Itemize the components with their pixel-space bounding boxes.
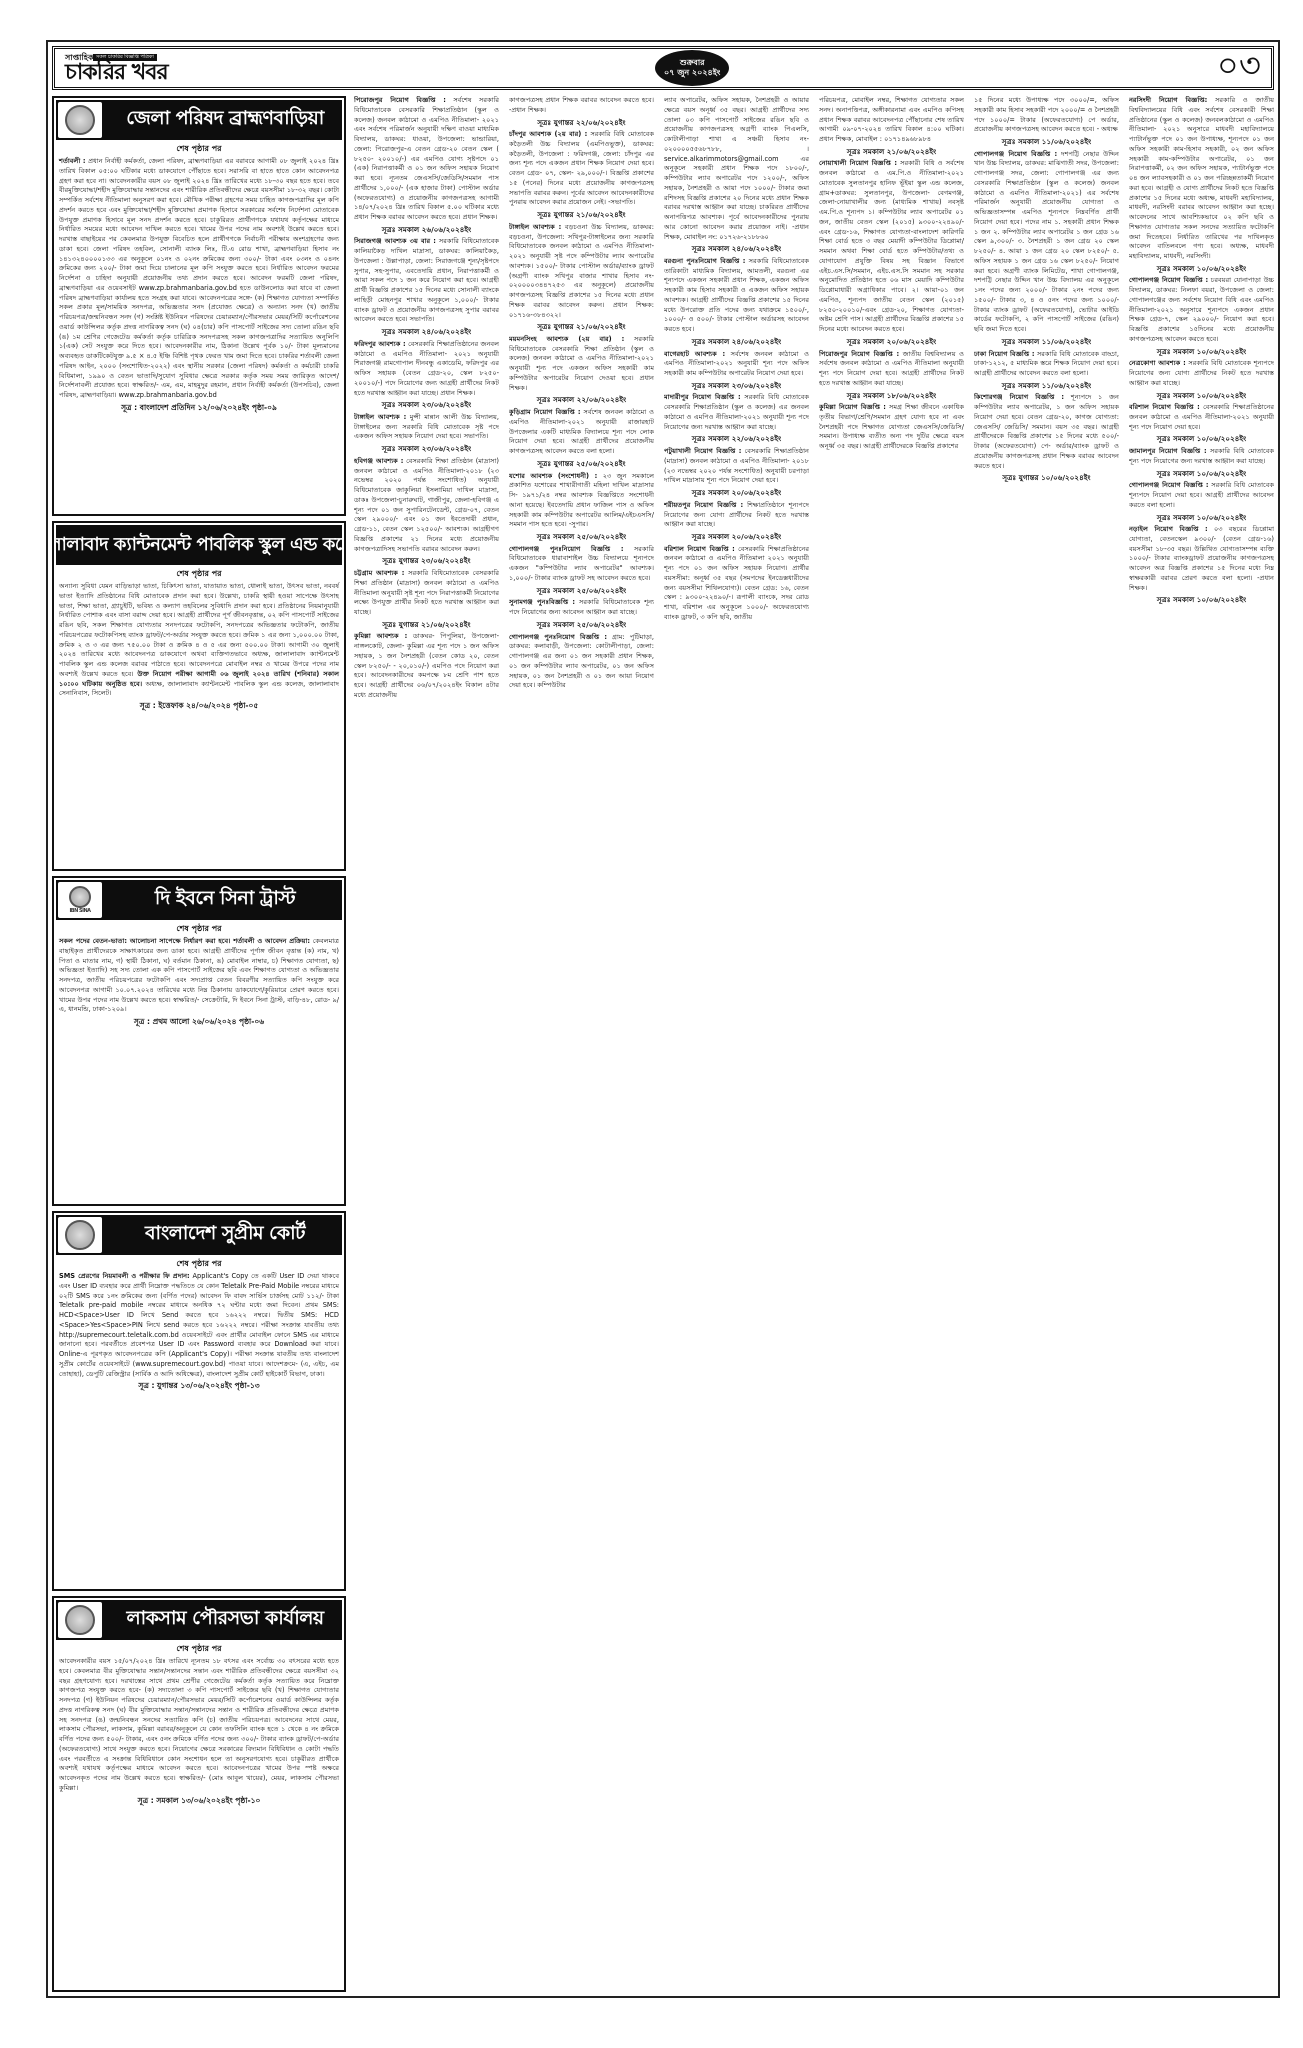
ad-title: লাকসাম পৌরসভা কার্যালয় <box>108 1604 342 1636</box>
job-notice: নোয়াখালী নিয়োগ বিজ্ঞপ্তি : সরকারী বিধি… <box>819 159 964 347</box>
notice-heading: পিরোজপুর নিয়োগ বিজ্ঞপ্তি : <box>354 96 446 104</box>
ad-zila-parishad: জেলা পরিষদ ব্রাহ্মণবাড়িয়া শেষ পৃষ্ঠার … <box>52 96 346 516</box>
job-notice: কিশোরগঞ্জ নিয়োগ বিজ্ঞপ্তি : শূন্যপদে ১ … <box>974 393 1119 484</box>
job-notice: জামালপুর নিয়োগ বিজ্ঞপ্তি : সরকারি বিধি … <box>1129 447 1274 479</box>
ad-title: জেলা পরিষদ ব্রাহ্মণবাড়িয়া <box>108 104 342 136</box>
notice-body: কাগজপত্রসহ প্রধান শিক্ষক বরাবর আবেদন করত… <box>509 96 654 114</box>
job-notice: গোপালগঞ্জ নিয়োগ বিজ্ঞপ্তি : সরকারি বিধি… <box>1129 481 1274 523</box>
notice-heading: পিরোজপুর নিয়োগ বিজ্ঞপ্তি : <box>819 350 899 358</box>
notice-heading: নোয়াখালী নিয়োগ বিজ্ঞপ্তি : <box>819 159 897 167</box>
emblem-icon <box>58 102 102 138</box>
job-notice: ঢাকা নিয়োগ বিজ্ঞপ্তি : সরকারি বিধি মোতা… <box>974 350 1119 392</box>
notice-heading: কুমিল্লা নিয়োগ বিজ্ঞপ্তি : <box>819 403 886 411</box>
notice-source: সূত্রঃ সমকাল ২৫/০৬/২০২৪ইং <box>509 586 654 597</box>
page-number: ০৩ <box>1217 40 1261 97</box>
date-label: ০৭ জুন ২০২৪ইং <box>664 68 720 78</box>
ad-laksam-pourashava: লাকসাম পৌরসভা কার্যালয় শেষ পৃষ্ঠার পর আ… <box>52 1596 346 1992</box>
brand-logo: সাপ্তাহিক সকল চাকরির বিজ্ঞপ্তি পত্রিকা চ… <box>65 54 168 83</box>
ad-source: সূত্র : বাংলাদেশ প্রতিদিন ১২/০৬/২০২৪ইং প… <box>56 403 342 415</box>
job-notice: টাঙ্গাইল আবশ্যক : বড়চওনা উচ্চ বিদ্যালয়… <box>509 223 654 333</box>
ad-subtitle: শেষ পৃষ্ঠার পর <box>56 1643 342 1656</box>
notice-source: সূত্রঃ যুগান্তর ১০/০৬/২০২৪ইং <box>974 473 1119 484</box>
notice-heading: গোপালগঞ্জ পুনঃনিয়োগ বিজ্ঞপ্তি : <box>509 545 623 553</box>
notice-source: সূত্রঃ সমকাল ২৩/০৬/২০২৪ইং <box>664 381 809 392</box>
notice-body: ১৫ দিনের মধ্যে উপাধ্যক্ষ পদে ৩০০০/=, অফি… <box>974 96 1119 133</box>
notice-heading: হবিগঞ্জ আবশ্যক : <box>354 457 403 465</box>
job-notice: চট্টগ্রাম আবশ্যক : সরকারি বিধিমোতাবেক বে… <box>354 569 499 630</box>
notice-source: সূত্রঃ যুগান্তর ২৫/০৬/২০২৪ইং <box>509 459 654 470</box>
ad-title: দি ইবনে সিনা ট্রাস্ট <box>108 884 342 916</box>
notice-source: সূত্রঃ যুগান্তর ২৩/০৬/২০২৪ইং <box>354 556 499 567</box>
job-notice: ল্যাব অপারেটর, অফিস সহায়ক, নৈশপ্রহরী ও … <box>664 96 809 255</box>
job-notice: গোপালগঞ্জ পুনঃনিয়োগ বিজ্ঞপ্তি : সরকারি … <box>509 545 654 597</box>
column-2: কাগজপত্রসহ প্রধান শিক্ষক বরাবর আবেদন করত… <box>509 96 654 1992</box>
column-3: ল্যাব অপারেটর, অফিস সহায়ক, নৈশপ্রহরী ও … <box>664 96 809 1992</box>
notice-source: সূত্রঃ সমকাল ২০/০৬/২০২৪ইং <box>819 337 964 348</box>
column-5: ১৫ দিনের মধ্যে উপাধ্যক্ষ পদে ৩০০০/=, অফি… <box>974 96 1119 1992</box>
notice-body: শূন্যপদে ১ জন কম্পিউটার ল্যাব অপারেটর, ১… <box>974 393 1119 469</box>
notice-heading: নরসিংদী নিয়োগ বিজ্ঞপ্তি: <box>1129 96 1207 104</box>
ad-title: জালালাবাদ ক্যান্টনমেন্ট পাবলিক স্কুল এন্… <box>56 530 342 561</box>
job-notice: গোপালগঞ্জ নিয়োগ বিজ্ঞপ্তি : দশপট্টি নেছ… <box>974 150 1119 348</box>
notice-heading: নড়াইল নিয়োগ বিজ্ঞপ্তি : <box>1129 525 1208 533</box>
notice-source: সূত্রঃ সমকাল ২৩/০৬/২০২৪ইং <box>354 444 499 455</box>
boxed-ads-column: জেলা পরিষদ ব্রাহ্মণবাড়িয়া শেষ পৃষ্ঠার … <box>52 96 346 1992</box>
notice-body: সরকারি ও জাতীয় বিশ্ববিদ্যালয়ের বিধি এব… <box>1129 96 1274 260</box>
notice-heading: জামালপুর নিয়োগ বিজ্ঞপ্তি : <box>1129 447 1207 455</box>
job-notice: কুমিল্লা আবশ্যক : ডাকঘর- পিপুলিয়া, উপজে… <box>354 632 499 700</box>
notice-heading: বরিশাল নিয়োগ বিজ্ঞপ্তি : <box>1129 403 1200 411</box>
column-4: পরিচয়পত্র, মোবাইল নম্বর, শিক্ষাগত যোগ্য… <box>819 96 964 1992</box>
job-notice: কাগজপত্রসহ প্রধান শিক্ষক বরাবর আবেদন করত… <box>509 96 654 128</box>
notice-body: বেসরকারি শিক্ষাপ্রতিষ্ঠানের জনবল কাঠামো … <box>354 340 499 397</box>
job-notice: বাগেরহাট আবশ্যক : সর্বশেষ জনবল কাঠামো ও … <box>664 350 809 392</box>
ad-lead: শর্তাবলী : <box>59 157 86 165</box>
job-notice: ময়মনসিংহ আবশ্যক (২য় বার) : সরকারি বিধি… <box>509 335 654 406</box>
notice-heading: নেত্রকোণা আবশ্যক : <box>1129 359 1186 367</box>
job-notice: গোপালগঞ্জ নিয়োগ বিজ্ঞপ্তি : চরবয়রা যোন… <box>1129 276 1274 357</box>
notice-body: সরকারী বিধি ও সর্বশেষ জনবল কাঠামো ও এম.প… <box>819 159 964 333</box>
ad-jalalabad-cantonment: জালালাবাদ ক্যান্টনমেন্ট পাবলিক স্কুল এন্… <box>52 521 346 871</box>
notice-source: সূত্রঃ সমকাল ১০/০৬/২০২৪ইং <box>1129 595 1274 606</box>
notice-source: সূত্রঃ সমকাল ১১/০৬/২০২৪ইং <box>974 381 1119 392</box>
ad-banner: জালালাবাদ ক্যান্টনমেন্ট পাবলিক স্কুল এন্… <box>56 525 342 565</box>
notice-heading: চট্টগ্রাম আবশ্যক : <box>354 569 404 577</box>
job-notice: পটুয়াখালী নিয়োগ বিজ্ঞপ্তি : বেসরকারি শ… <box>664 447 809 499</box>
notice-body: বেসরকারি শিক্ষা প্রতিষ্ঠান (মাদ্রাসা) জন… <box>354 457 499 553</box>
job-notice: কুড়িগ্রাম নিয়োগ বিজ্ঞপ্তি : সর্বশেষ জন… <box>509 408 654 469</box>
job-notice: নেত্রকোণা আবশ্যক : সরকারি বিধি মোতাবেক শ… <box>1129 359 1274 401</box>
ad-lead: SMS প্রেরণের নিয়মাবলী ও পরীক্ষার ফি প্র… <box>59 1272 190 1280</box>
ad-banner: লাকসাম পৌরসভা কার্যালয় <box>56 1600 342 1640</box>
notice-body: গ্রাম: পুটিমাড়া, ডাকঘর: কলাবাড়ী, উপজেল… <box>509 633 654 690</box>
job-notice: চাঁদপুর আবশ্যক (২য় বার) : সরকারি বিধি ম… <box>509 130 654 221</box>
ad-body: অন্যান্য সুবিধা যেমন বাড়িভাড়া ভাতা, চি… <box>56 582 342 699</box>
notice-source: সূত্রঃ সমকাল ১০/০৬/২০২৪ইং <box>1129 513 1274 524</box>
notice-source: সূত্রঃ সমকাল ২১/০৬/২০২৪ইং <box>819 147 964 158</box>
notice-heading: সিরাজগঞ্জ আবশ্যক ৩য় বার : <box>354 237 436 245</box>
day-label: শুক্রবার <box>680 58 705 68</box>
notice-source: সূত্রঃ সমকাল ২০/০৬/২০২৪ইং <box>664 532 809 543</box>
notice-source: সূত্রঃ যুগান্তর ২১/০৬/২০২৪ইং <box>509 322 654 333</box>
notice-source: সূত্রঃ সমকাল ২০/০৬/২০২৪ইং <box>664 488 809 499</box>
notice-source: সূত্রঃ সমকাল ১০/০৬/২০২৪ইং <box>1129 347 1274 358</box>
notice-body: সর্বশেষ সরকারি বিধিমোতাবেক বেসরকারি শিক্… <box>354 96 499 221</box>
notice-heading: ঢাকা নিয়োগ বিজ্ঞপ্তি : <box>974 350 1034 358</box>
notice-heading: শরীয়তপুর নিয়োগ বিজ্ঞপ্তি : <box>664 501 743 509</box>
notice-heading: বাগেরহাট আবশ্যক : <box>664 350 725 358</box>
notice-heading: পটুয়াখালী নিয়োগ বিজ্ঞপ্তি : <box>664 447 741 455</box>
emblem-icon <box>58 1602 102 1638</box>
notice-source: সূত্রঃ সমকাল ১০/০৬/২০২৪ইং <box>1129 434 1274 445</box>
notice-heading: ময়মনসিংহ আবশ্যক (২য় বার) : <box>509 335 624 343</box>
job-notice: গোপালগঞ্জ পুনঃনিয়োগ বিজ্ঞপ্তি : গ্রাম: … <box>509 633 654 692</box>
notice-source: সূত্রঃ সমকাল ২৩/০৬/২০২৪ইং <box>354 400 499 411</box>
ad-body: শর্তাবলী : প্রধান নির্বাহী কর্মকর্তা, জে… <box>56 157 342 401</box>
notice-source: সূত্রঃ সমকাল ২২/০৬/২০২৪ইং <box>664 434 809 445</box>
notice-source: সূত্রঃ যুগান্তর ২১/০৬/২০২৪ইং <box>354 620 499 631</box>
ibn-sina-logo-icon: IBN SINA <box>58 882 102 918</box>
ad-ibn-sina-trust: IBN SINA দি ইবনে সিনা ট্রাস্ট শেষ পৃষ্ঠা… <box>52 876 346 1206</box>
ad-subtitle: শেষ পৃষ্ঠার পর <box>56 1258 342 1271</box>
job-notice: সুনামগঞ্জ পুনঃবিজ্ঞপ্তি : সরকারি বিধিমোত… <box>509 598 654 630</box>
job-notice: হবিগঞ্জ আবশ্যক : বেসরকারি শিক্ষা প্রতিষ্… <box>354 457 499 567</box>
ad-body: SMS প্রেরণের নিয়মাবলী ও পরীক্ষার ফি প্র… <box>56 1272 342 1379</box>
ad-banner: বাংলাদেশ সুপ্রীম কোর্ট <box>56 1215 342 1255</box>
notice-source: সূত্রঃ সমকাল ১১/০৬/২০২৪ইং <box>974 137 1119 148</box>
notice-source: সূত্রঃ যুগান্তর ২১/০৬/২০২৪ইং <box>509 210 654 221</box>
notice-heading: কুমিল্লা আবশ্যক : <box>354 632 407 640</box>
notice-source: সূত্রঃ সমকাল ১০/০৬/২০২৪ইং <box>1129 469 1274 480</box>
notice-source: সূত্রঃ সমকাল ১০/০৬/২০২৪ইং <box>1129 264 1274 275</box>
job-notice: মাদারীপুর নিয়োগ বিজ্ঞপ্তি : সরকারি বিধি… <box>664 393 809 445</box>
date-badge: শুক্রবার ০৭ জুন ২০২৪ইং <box>655 50 729 86</box>
notice-source: সূত্রঃ সমকাল ২৪/০৬/২০২৪ইং <box>664 337 809 348</box>
ad-body: আবেদনকারীর বয়স ১৫/০৭/২০২৪ খ্রিঃ তারিখে … <box>56 1657 342 1794</box>
court-scales-icon <box>58 1217 102 1253</box>
notice-heading: কিশোরগঞ্জ নিয়োগ বিজ্ঞপ্তি : <box>974 393 1064 401</box>
ad-banner: IBN SINA দি ইবনে সিনা ট্রাস্ট <box>56 880 342 920</box>
ad-subtitle: শেষ পৃষ্ঠার পর <box>56 923 342 936</box>
notice-heading: সুনামগঞ্জ পুনঃবিজ্ঞপ্তি : <box>509 598 575 606</box>
ad-banner: জেলা পরিষদ ব্রাহ্মণবাড়িয়া <box>56 100 342 140</box>
classified-columns: পিরোজপুর নিয়োগ বিজ্ঞপ্তি : সর্বশেষ সরকা… <box>354 96 1274 1992</box>
job-notice: টাঙ্গাইল আবশ্যক : মুন্সী মান্নান আলী উচ্… <box>354 413 499 455</box>
notice-heading: চাঁদপুর আবশ্যক (২য় বার) : <box>509 130 587 138</box>
notice-body: বেসরকারি শিক্ষাপ্রতিষ্ঠানের জনবল কাঠামো … <box>664 545 809 621</box>
job-notice: বরিশাল নিয়োগ বিজ্ঞপ্তি : বেসরকারি শিক্ষ… <box>664 545 809 623</box>
job-notice: পিরোজপুর নিয়োগ বিজ্ঞপ্তি : সর্বশেষ সরকা… <box>354 96 499 235</box>
newspaper-page: সাপ্তাহিক সকল চাকরির বিজ্ঞপ্তি পত্রিকা চ… <box>46 40 1280 1998</box>
job-notice: নড়াইল নিয়োগ বিজ্ঞপ্তি : ০৩ বছরের ডিপ্ল… <box>1129 525 1274 606</box>
notice-heading: টাঙ্গাইল আবশ্যক : <box>354 413 406 421</box>
notice-body: ডাকঘর- পিপুলিয়া, উপজেলা- নাঙ্গলকোট, জেল… <box>354 632 499 699</box>
notice-body: দশপট্টি নেছার উদ্দিন খান উচ্চ বিদ্যালয়,… <box>974 150 1119 334</box>
column-1: পিরোজপুর নিয়োগ বিজ্ঞপ্তি : সর্বশেষ সরকা… <box>354 96 499 1992</box>
notice-source: সূত্রঃ সমকাল ১৮/০৬/২০২৪ইং <box>819 391 964 402</box>
column-6: নরসিংদী নিয়োগ বিজ্ঞপ্তি: সরকারি ও জাতীয… <box>1129 96 1274 1992</box>
job-notice: বরগুনা পুনঃনিয়োগ বিজ্ঞপ্তি : সরকারি বিধ… <box>664 257 809 348</box>
job-notice: যশোর আবশ্যক (সংশোধনী) : ২৩ জুন সমকালে প্… <box>509 472 654 543</box>
notice-heading: কুড়িগ্রাম নিয়োগ বিজ্ঞপ্তি : <box>509 408 581 416</box>
ad-subtitle: শেষ পৃষ্ঠার পর <box>56 568 342 581</box>
notice-heading: ফরিদপুর আবশ্যক : <box>354 340 406 348</box>
notice-source: সূত্রঃ সমকাল ২৫/০৬/২০২৪ইং <box>509 620 654 631</box>
notice-source: সূত্রঃ সমকাল ২৫/০৬/২০২৪ইং <box>509 532 654 543</box>
ad-body: সকল পদের বেতন-ভাতা: আলোচনা সাপেক্ষে নির্… <box>56 937 342 1015</box>
ad-source: সূত্র : যুগান্তর ১৩/০৬/২০২৪ইং পৃষ্ঠা-১৩ <box>56 1381 342 1393</box>
notice-heading: বরগুনা পুনঃনিয়োগ বিজ্ঞপ্তি : <box>664 257 745 265</box>
notice-source: সূত্রঃ সমকাল ২৪/০৬/২০২৪ইং <box>664 244 809 255</box>
ad-source: সূত্র : ইত্তেফাক ২৪/০৬/২০২৪ পৃষ্ঠা-০৫ <box>56 701 342 713</box>
job-notice: পিরোজপুর নিয়োগ বিজ্ঞপ্তি : জাতীয় বিশ্ব… <box>819 350 964 402</box>
paper-name: চাকরির খবর <box>65 61 168 83</box>
notice-heading: টাঙ্গাইল আবশ্যক : <box>509 223 561 231</box>
notice-source: সূত্রঃ সমকাল ২৬/০৬/২০২৪ইং <box>354 225 499 236</box>
notice-heading: গোপালগঞ্জ নিয়োগ বিজ্ঞপ্তি : <box>974 150 1057 158</box>
notice-source: সূত্রঃ সমকাল ২২/০৬/২০২৪ইং <box>509 395 654 406</box>
job-notice: শরীয়তপুর নিয়োগ বিজ্ঞপ্তি : শিক্ষাপ্রতি… <box>664 501 809 543</box>
notice-body: পরিচয়পত্র, মোবাইল নম্বর, শিক্ষাগত যোগ্য… <box>819 96 964 143</box>
notice-heading: যশোর আবশ্যক (সংশোধনী) : <box>509 472 597 480</box>
ad-source: সূত্র : প্রথম আলো ২৬/০৬/২০২৪ পৃষ্ঠা-০৬ <box>56 1017 342 1029</box>
ad-lead: সকল পদের বেতন-ভাতা: আলোচনা সাপেক্ষে নির্… <box>59 937 310 945</box>
notice-source: সূত্রঃ সমকাল ২৪/০৬/২০২৪ইং <box>354 327 499 338</box>
notice-body: ০৩ বছরের ডিপ্লোমা যোগ্যতা, বেতনস্কেল ৯৩০… <box>1129 525 1274 592</box>
job-notice: নরসিংদী নিয়োগ বিজ্ঞপ্তি: সরকারি ও জাতীয… <box>1129 96 1274 274</box>
masthead: সাপ্তাহিক সকল চাকরির বিজ্ঞপ্তি পত্রিকা চ… <box>52 46 1274 90</box>
notice-heading: মাদারীপুর নিয়োগ বিজ্ঞপ্তি : <box>664 393 741 401</box>
notice-heading: গোপালগঞ্জ নিয়োগ বিজ্ঞপ্তি : <box>1129 481 1208 489</box>
notice-body: চরবয়রা যোনাপাড়া উচ্চ বিদ্যালয়, ডাকঘর:… <box>1129 276 1274 343</box>
job-notice: ফরিদপুর আবশ্যক : বেসরকারি শিক্ষাপ্রতিষ্ঠ… <box>354 340 499 411</box>
notice-heading: গোপালগঞ্জ নিয়োগ বিজ্ঞপ্তি : <box>1129 276 1208 284</box>
notice-body: সরকারি বিধিমোতাবেক বেসরকারি শিক্ষা প্রতি… <box>509 335 654 392</box>
ad-title: বাংলাদেশ সুপ্রীম কোর্ট <box>108 1219 342 1251</box>
notice-body: বড়চওনা উচ্চ বিদ্যালয়, ডাকঘর: বড়চওনা, … <box>509 223 654 319</box>
job-notice: বরিশাল নিয়োগ বিজ্ঞপ্তি : বেসরকারি শিক্ষ… <box>1129 403 1274 445</box>
job-notice: ১৫ দিনের মধ্যে উপাধ্যক্ষ পদে ৩০০০/=, অফি… <box>974 96 1119 148</box>
notice-source: সূত্রঃ সমকাল ১০/০৬/২০২৪ইং <box>1129 391 1274 402</box>
notice-body: সরকারি বিধি মোতাবেক কড়ৈতলী উচ্চ বিদ্যাল… <box>509 130 654 206</box>
notice-body: সরকারি বিধিমোতাবেক কালিয়াকৈড় দাখিল মাদ… <box>354 237 499 323</box>
notice-body: সরকারি বিধিমোতাবেক তারিকাটা মাধ্যমিক বিদ… <box>664 257 809 333</box>
job-notice: সিরাজগঞ্জ আবশ্যক ৩য় বার : সরকারি বিধিমো… <box>354 237 499 337</box>
ad-subtitle: শেষ পৃষ্ঠার পর <box>56 143 342 156</box>
job-notice: কুমিল্লা নিয়োগ বিজ্ঞপ্তি : সমগ্র শিক্ষা… <box>819 403 964 452</box>
ad-source: সূত্র : সমকাল ১৩/০৬/২০২৪ইং পৃষ্ঠা-১০ <box>56 1796 342 1808</box>
notice-source: সূত্রঃ যুগান্তর ২২/০৬/২০২৪ইং <box>509 118 654 129</box>
notice-heading: গোপালগঞ্জ পুনঃনিয়োগ বিজ্ঞপ্তি : <box>509 633 607 641</box>
job-notice: পরিচয়পত্র, মোবাইল নম্বর, শিক্ষাগত যোগ্য… <box>819 96 964 157</box>
notice-heading: বরিশাল নিয়োগ বিজ্ঞপ্তি : <box>664 545 735 553</box>
notice-body: ২৩ জুন সমকালে প্রকাশিত যশোরের শাখারীগাতী… <box>509 472 654 529</box>
ad-supreme-court: বাংলাদেশ সুপ্রীম কোর্ট শেষ পৃষ্ঠার পর SM… <box>52 1211 346 1591</box>
notice-source: সূত্রঃ সমকাল ১১/০৬/২০২৪ইং <box>974 337 1119 348</box>
notice-body: ল্যাব অপারেটর, অফিস সহায়ক, নৈশপ্রহরী ও … <box>664 96 809 241</box>
